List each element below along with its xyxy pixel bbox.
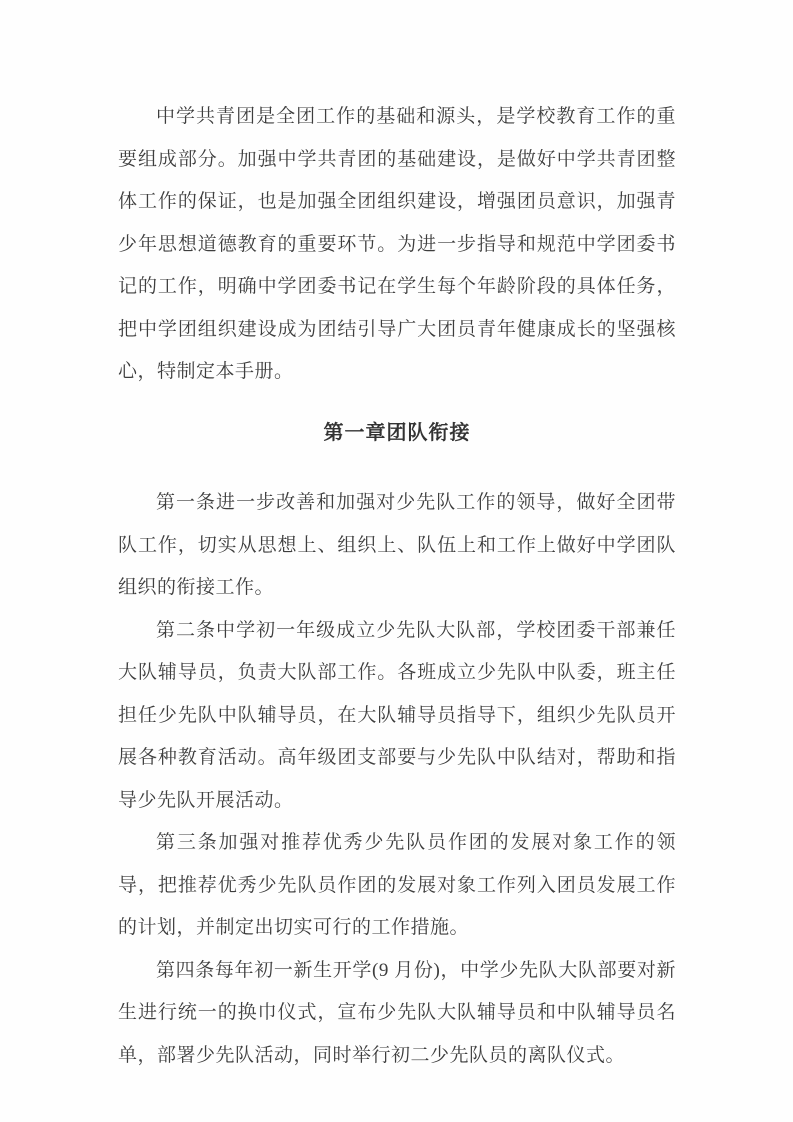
document-page: 中学共青团是全团工作的基础和源头，是学校教育工作的重要组成部分。加强中学共青团的… (0, 0, 793, 1122)
document-content: 中学共青团是全团工作的基础和源头，是学校教育工作的重要组成部分。加强中学共青团的… (0, 0, 793, 1077)
chapter-heading: 第一章团队衔接 (118, 412, 676, 455)
intro-paragraph: 中学共青团是全团工作的基础和源头，是学校教育工作的重要组成部分。加强中学共青团的… (118, 96, 676, 394)
article-3-paragraph: 第三条加强对推荐优秀少先队员作团的发展对象工作的领导，把推荐优秀少先队员作团的发… (118, 822, 676, 950)
article-4-paragraph: 第四条每年初一新生开学(9 月份)，中学少先队大队部要对新生进行统一的换巾仪式，… (118, 950, 676, 1078)
article-1-paragraph: 第一条进一步改善和加强对少先队工作的领导，做好全团带队工作，切实从思想上、组织上… (118, 482, 676, 610)
article-2-paragraph: 第二条中学初一年级成立少先队大队部，学校团委干部兼任大队辅导员，负责大队部工作。… (118, 610, 676, 823)
